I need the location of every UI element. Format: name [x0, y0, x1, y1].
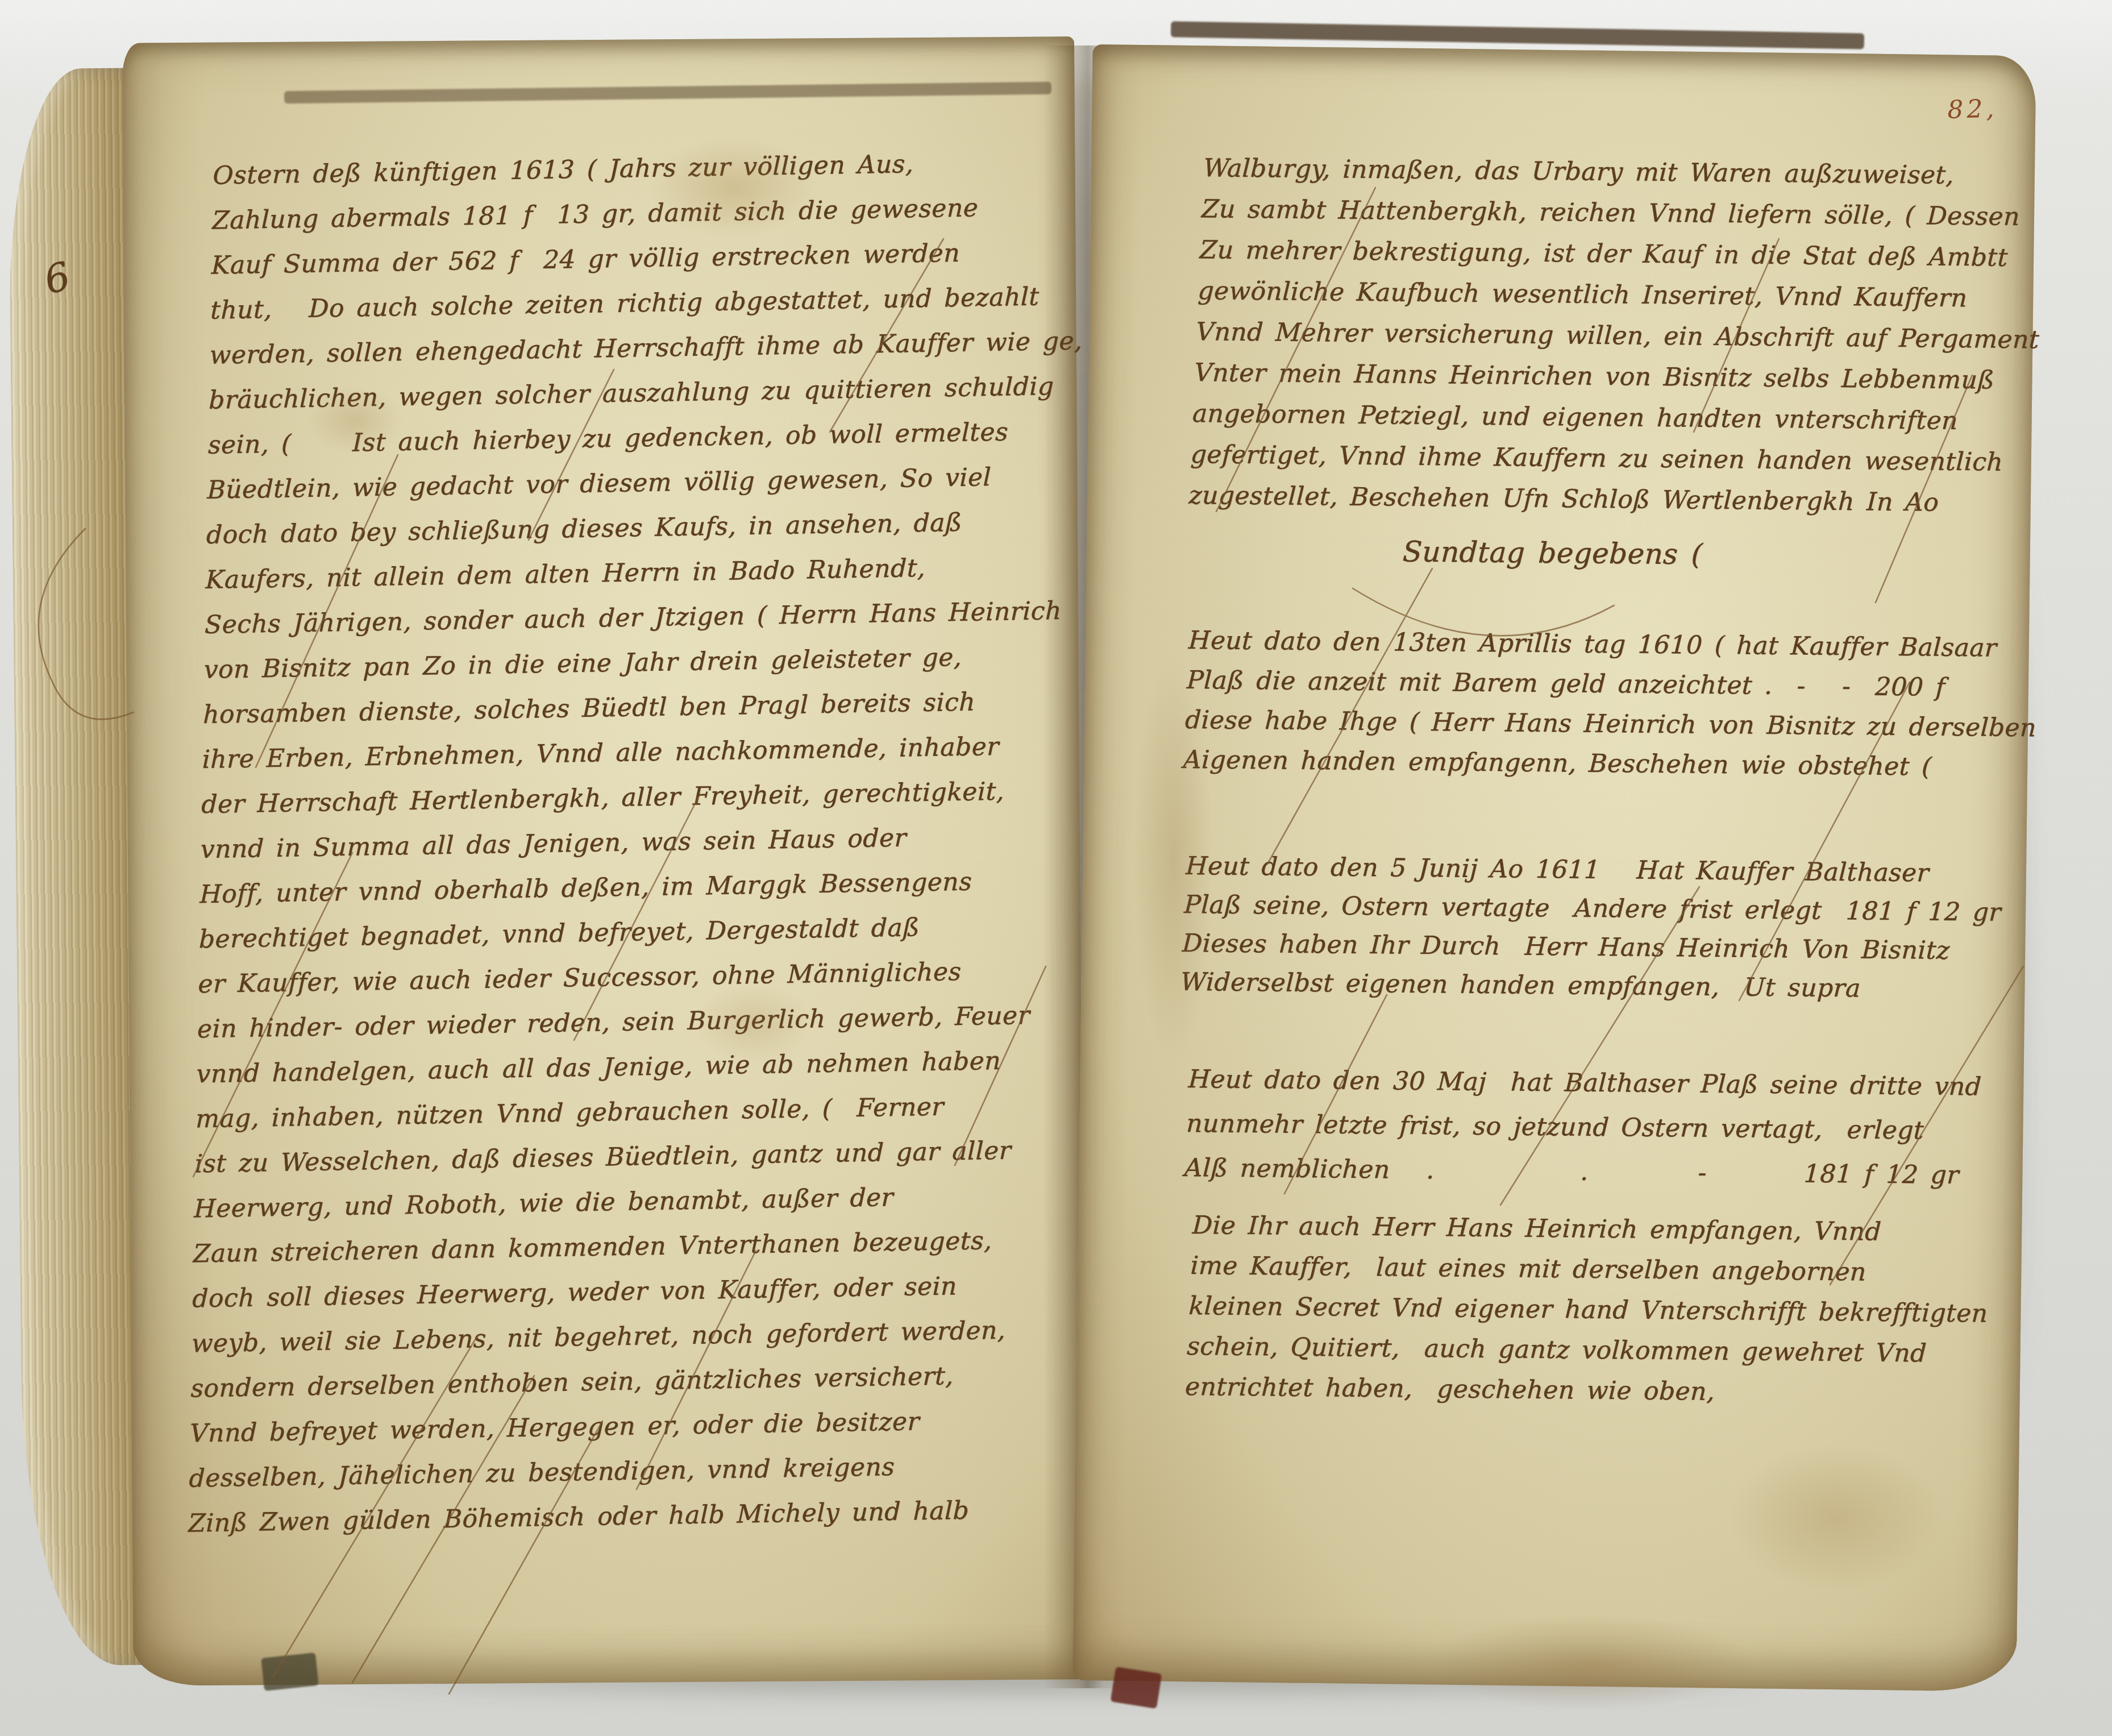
cover-sliver — [261, 1652, 319, 1691]
manuscript-line: Aigenen handen empfangenn, Beschehen wie… — [1182, 740, 2025, 788]
cover-sliver — [1111, 1667, 1162, 1709]
paper-stain — [1134, 654, 1213, 1063]
manuscript-line: Widerselbst eigenen handen empfangen, Ut… — [1180, 963, 2023, 1010]
payment-entry-1611: Heut dato den 5 Junij Ao 1611 Hat Kauffe… — [1180, 847, 2028, 1010]
left-page-text: Ostern deß künftigen 1613 ( Jahrs zur vö… — [188, 139, 1066, 1546]
manuscript-line: angebornen Petziegl, und eigenen handten… — [1191, 393, 2023, 442]
paper-stain — [1728, 1444, 1944, 1592]
entry-heading: Sundtag begebens ( — [1290, 534, 1815, 572]
page-block-top-edge-right — [1171, 21, 1864, 49]
payment-entry-30-maj: Heut dato den 30 Maj hat Balthaser Plaß … — [1183, 1057, 2019, 1198]
manuscript-line: Vnter mein Hanns Heinrichen von Bisnitz … — [1194, 352, 2025, 401]
right-page: 82, Walburgy, inmaßen, das Urbary mit Wa… — [1072, 44, 2036, 1692]
manuscript-line: Die Ihr auch Herr Hans Heinrich empfange… — [1191, 1205, 1977, 1253]
manuscript-line: Heut dato den 30 Maj hat Balthaser Plaß … — [1187, 1057, 2019, 1110]
manuscript-line: nunmehr letzte frist, so jetzund Ostern … — [1186, 1102, 2017, 1154]
manuscript-line: entrichtet haben, geschehen wie oben, — [1184, 1367, 1970, 1414]
paper-stain — [307, 387, 404, 455]
receipt-note: Die Ihr auch Herr Hans Heinrich empfange… — [1184, 1205, 1978, 1414]
manuscript-line: schein, Quitiert, auch gantz volkommen g… — [1186, 1326, 1972, 1374]
closing-paragraph: Walburgy, inmaßen, das Urbary mit Waren … — [1188, 148, 2034, 524]
manuscript-line: zugestellet, Beschehen Ufn Schloß Wertle… — [1188, 475, 2019, 524]
manuscript-line: Zu sambt Hattenbergkh, reichen Vnnd lief… — [1200, 189, 2032, 238]
photo-scene: 6 Ostern deß künftigen 1613 ( Jahrs zur … — [0, 0, 2112, 1736]
manuscript-line: kleinen Secret Vnd eigener hand Vntersch… — [1188, 1286, 1974, 1334]
manuscript-line: ime Kauffer, laut eines mit derselben an… — [1190, 1245, 1976, 1293]
manuscript-line: Alß nemblichen . . - 181 f 12 gr — [1183, 1146, 2015, 1198]
paper-stain — [1432, 1614, 1751, 1711]
folio-number: 82, — [1947, 94, 1998, 124]
payment-entry-1610: Heut dato den 13ten Aprillis tag 1610 ( … — [1182, 621, 2030, 788]
left-page: Ostern deß künftigen 1613 ( Jahrs zur vö… — [122, 36, 1086, 1686]
page-edge-number: 6 — [40, 254, 75, 303]
paper-stain — [693, 983, 813, 1063]
paper-stain — [648, 136, 818, 239]
manuscript-line: Zu mehrer bekrestigung, ist der Kauf in … — [1199, 230, 2030, 279]
